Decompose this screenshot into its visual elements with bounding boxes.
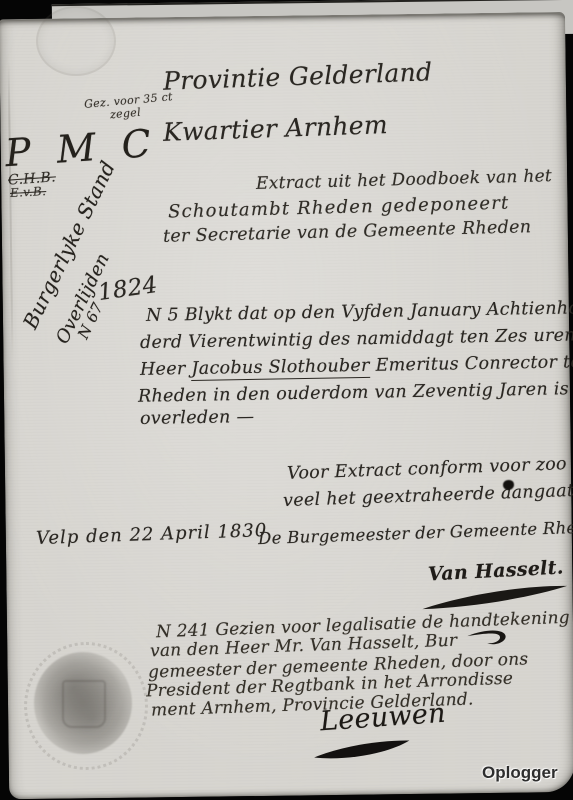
body-line-4: Rheden in den ouderdom van Zeventig Jare…	[138, 379, 569, 407]
oplogger-watermark: Oplogger	[482, 763, 558, 783]
intro-line-1: Extract uit het Doodboek van het	[256, 166, 553, 194]
president-signature-flourish	[311, 737, 412, 768]
mayor-signature: Van Hasselt.	[428, 556, 565, 585]
seal-crest	[62, 680, 106, 728]
body-line-3: Heer Jacobus Slothouber Emeritus Conrect…	[140, 352, 573, 380]
certification-line-1: Voor Extract conform voor zoo	[287, 454, 567, 484]
embossed-stamp	[36, 6, 116, 76]
body-line-5: overleden —	[140, 407, 255, 429]
province-title: Provintie Gelderland	[163, 57, 433, 95]
margin-scribble-2: E.v.B.	[10, 184, 47, 200]
intro-line-3: ter Secretarie van de Gemeente Rheden	[163, 217, 532, 247]
body-line-3-prefix: Heer	[140, 359, 192, 380]
certification-line-2: veel het geextraheerde aangaat	[283, 481, 573, 511]
margin-initials: P M C	[4, 121, 159, 176]
body-line-2: derd Vierentwintig des namiddagt ten Zes…	[140, 325, 573, 353]
pen-curl-flourish	[465, 626, 511, 656]
body-line-1: N 5 Blykt dat op den Vyfden January Acht…	[146, 298, 573, 326]
document-content: Gez. voor 35 ct zegel P M C C.H.B. E.v.B…	[0, 0, 573, 800]
quarter-title: Kwartier Arnhem	[163, 110, 389, 147]
deceased-name: Jacobus Slothouber	[191, 356, 370, 381]
place-and-date: Velp den 22 April 1830	[36, 520, 268, 549]
fee-note-line2: zegel	[109, 106, 141, 122]
year-annotation: 1824	[96, 272, 159, 306]
body-line-3-suffix: Emeritus Conrector te	[370, 352, 573, 376]
intro-line-2: Schoutambt Rheden gedeponeert	[168, 193, 510, 223]
signer-title: De Burgemeester der Gemeente Rheden	[258, 517, 573, 548]
